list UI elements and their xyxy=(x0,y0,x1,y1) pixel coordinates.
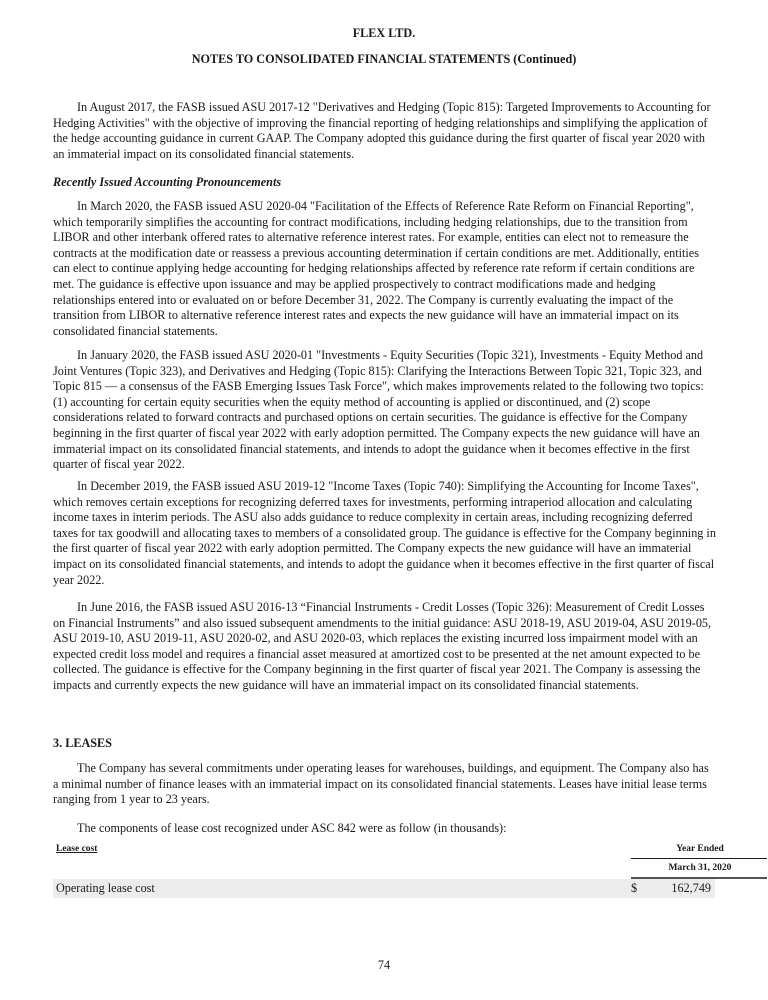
paragraph-lease-components: The components of lease cost recognized … xyxy=(53,821,716,837)
column-header-lease-cost: Lease cost xyxy=(56,844,97,854)
paragraph-asu-2019-12: In December 2019, the FASB issued ASU 20… xyxy=(53,479,716,588)
paragraph-asu-2016-13: In June 2016, the FASB issued ASU 2016-1… xyxy=(53,600,716,694)
page-title: NOTES TO CONSOLIDATED FINANCIAL STATEMEN… xyxy=(0,52,768,67)
row-label: Operating lease cost xyxy=(56,881,155,896)
column-header-date: March 31, 2020 xyxy=(633,863,767,873)
paragraph-leases-intro: The Company has several commitments unde… xyxy=(53,761,716,808)
header-rule xyxy=(631,858,767,859)
subheading-recent-pronouncements: Recently Issued Accounting Pronouncement… xyxy=(53,175,281,191)
paragraph-asu-2020-01: In January 2020, the FASB issued ASU 202… xyxy=(53,348,716,473)
column-header-year-ended: Year Ended xyxy=(633,844,767,854)
page-number: 74 xyxy=(0,958,768,973)
table-row: Operating lease cost $ 162,749 xyxy=(53,879,715,898)
document-page: FLEX LTD. NOTES TO CONSOLIDATED FINANCIA… xyxy=(0,0,768,1000)
row-value: 162,749 xyxy=(671,881,711,896)
paragraph-asu-2017-12: In August 2017, the FASB issued ASU 2017… xyxy=(53,100,716,162)
paragraph-asu-2020-04: In March 2020, the FASB issued ASU 2020-… xyxy=(53,199,716,339)
section-heading-leases: 3. LEASES xyxy=(53,736,112,752)
company-name: FLEX LTD. xyxy=(0,26,768,41)
currency-symbol: $ xyxy=(631,881,637,896)
